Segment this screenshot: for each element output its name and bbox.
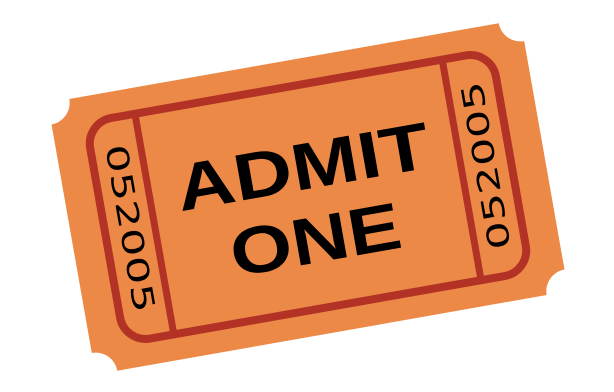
admit-one-ticket-illustration: ADMIT ONE 052005 052005: [0, 0, 614, 392]
ticket: ADMIT ONE 052005 052005: [48, 19, 569, 374]
